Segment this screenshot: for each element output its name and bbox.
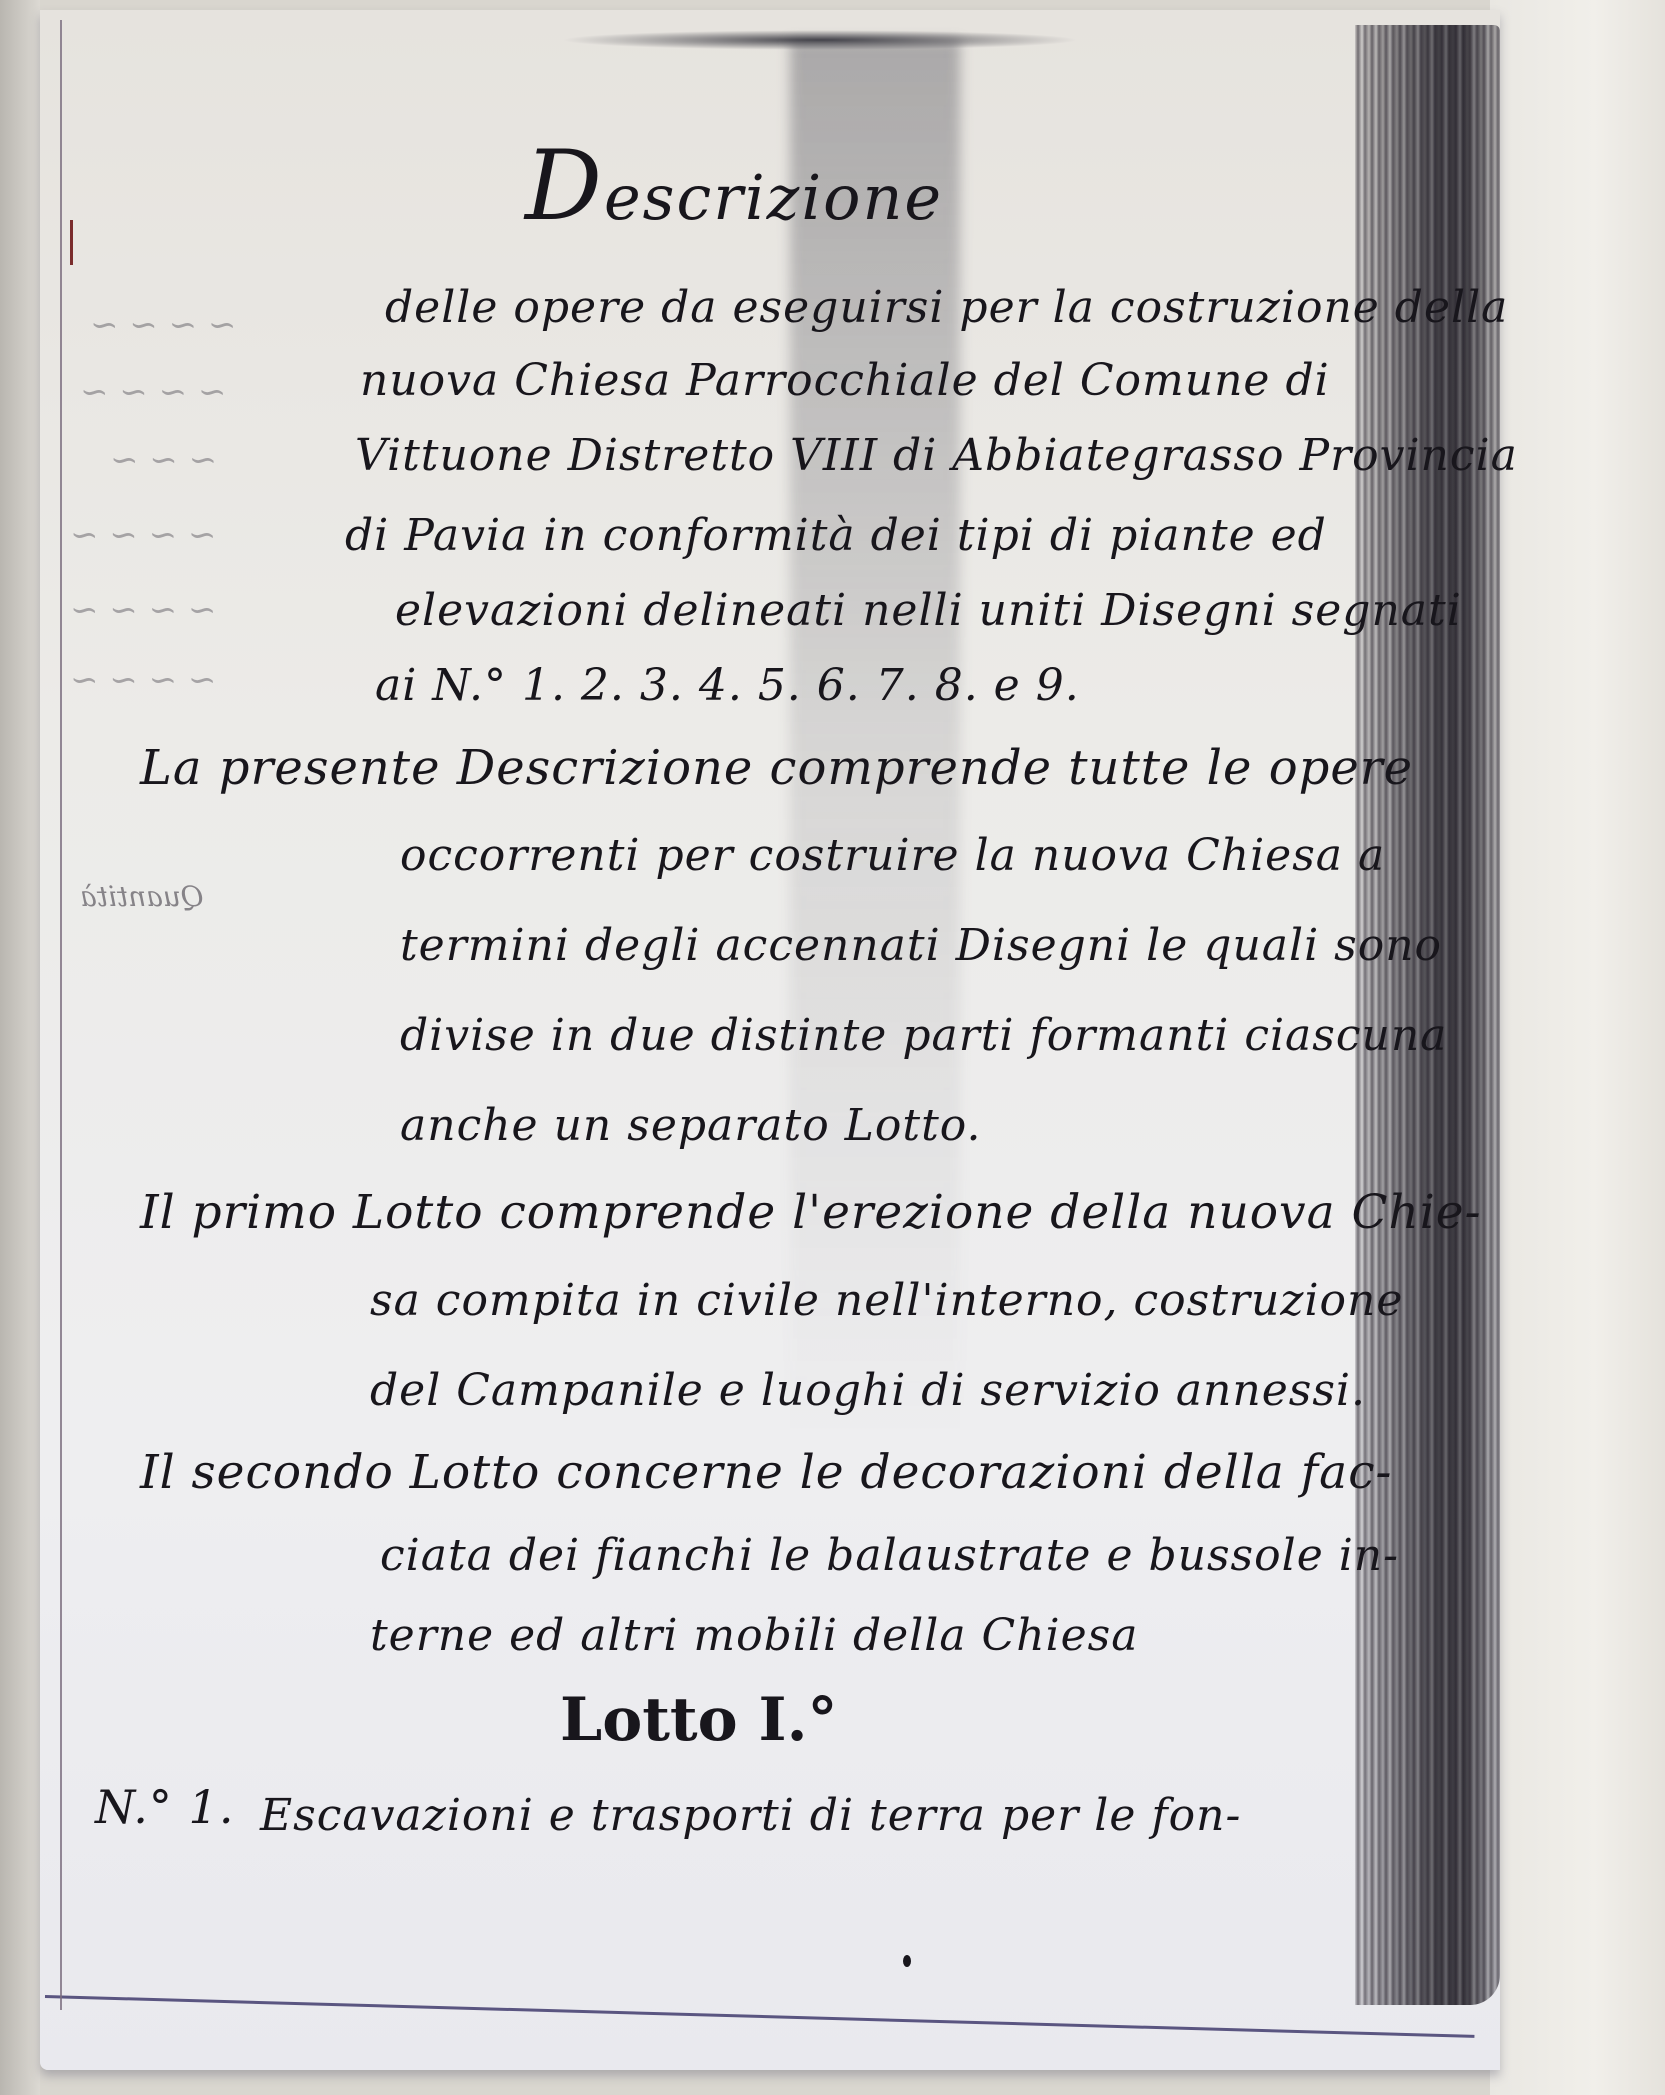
body-line: delle opere da eseguirsi per la costruzi…	[385, 282, 1508, 333]
background-right	[1490, 0, 1665, 2095]
bleedthrough-text: ~ ~ ~	[110, 440, 217, 480]
body-line: ai N.° 1. 2. 3. 4. 5. 6. 7. 8. e 9.	[375, 660, 1080, 711]
body-line: elevazioni delineati nelli uniti Disegni…	[395, 585, 1462, 636]
body-line: divise in due distinte parti formanti ci…	[400, 1010, 1447, 1061]
ink-dot	[903, 1955, 911, 1967]
body-line: Il secondo Lotto concerne le decorazioni…	[140, 1445, 1392, 1500]
margin-note-quantita: Quantità	[80, 880, 204, 913]
body-line: anche un separato Lotto.	[400, 1100, 981, 1151]
body-line: del Campanile e luoghi di servizio annes…	[370, 1365, 1366, 1416]
background-left	[0, 0, 40, 2095]
body-line: occorrenti per costruire la nuova Chiesa…	[400, 830, 1385, 881]
red-margin-mark	[70, 220, 73, 265]
body-line: La presente Descrizione comprende tutte …	[140, 740, 1413, 796]
bleedthrough-text: ~ ~ ~ ~	[80, 372, 226, 412]
item-text: Escavazioni e trasporti di terra per le …	[260, 1790, 1241, 1841]
body-line: nuova Chiesa Parrocchiale del Comune di	[360, 355, 1330, 406]
body-line: terne ed altri mobili della Chiesa	[370, 1610, 1138, 1661]
body-line: termini degli accennati Disegni le quali…	[400, 920, 1442, 971]
bleedthrough-text: ~ ~ ~ ~	[70, 515, 216, 555]
body-line: ciata dei fianchi le balaustrate e busso…	[380, 1530, 1399, 1581]
bleedthrough-text: ~ ~ ~ ~	[70, 590, 216, 630]
body-line: Il primo Lotto comprende l'erezione dell…	[140, 1185, 1482, 1240]
bleedthrough-text: ~ ~ ~ ~	[90, 305, 236, 345]
body-line: sa compita in civile nell'interno, costr…	[370, 1275, 1403, 1326]
section-heading: Lotto I.°	[560, 1685, 838, 1755]
left-margin-line	[60, 20, 62, 2010]
bleedthrough-text: ~ ~ ~ ~	[70, 660, 216, 700]
body-line: di Pavia in conformità dei tipi di piant…	[345, 510, 1327, 561]
item-number: N.° 1.	[95, 1780, 234, 1834]
document-title: Descrizione	[525, 130, 943, 242]
body-line: Vittuone Distretto VIII di Abbiategrasso…	[355, 430, 1518, 481]
